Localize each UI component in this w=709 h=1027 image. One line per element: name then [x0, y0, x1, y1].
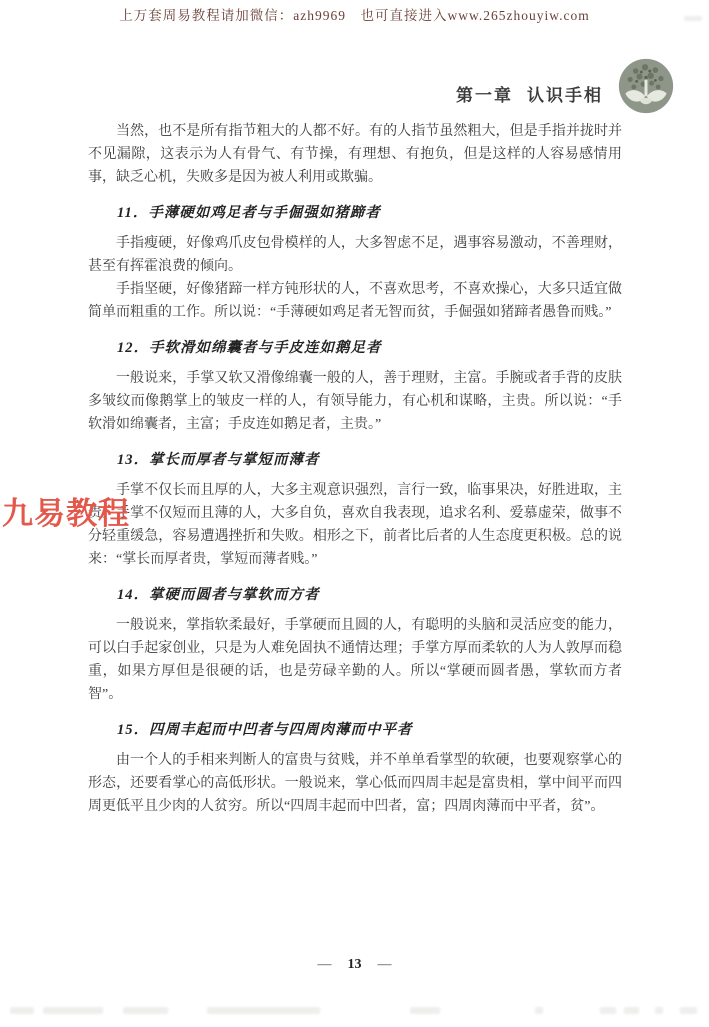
- watermark-text: 九易教程: [2, 488, 130, 533]
- scan-artifact: [680, 1007, 697, 1014]
- scan-artifact: [684, 16, 702, 21]
- page-number: —13—: [0, 957, 709, 973]
- header-ad-text: 上万套周易教程请加微信：azh9969 也可直接进入www.265zhouyiw…: [0, 4, 709, 24]
- scan-artifact: [123, 1007, 168, 1014]
- chapter-header: 第一章认识手相: [456, 57, 675, 115]
- section-heading-15: 15．四周丰起而中凹者与四周肉薄而中平者: [88, 719, 622, 742]
- chapter-title-text: 认识手相: [527, 86, 603, 105]
- page-content: 当然，也不是所有指节粗大的人都不好。有的人指节虽然粗大，但是手指并拢时并不见漏隙…: [88, 120, 622, 818]
- section-14-paragraph-1: 一般说来，掌指软柔最好，手掌硬而且圆的人，有聪明的头脑和灵活应变的能力，可以白手…: [88, 614, 622, 706]
- page-number-value: 13: [348, 957, 362, 972]
- section-11-paragraph-2: 手指坚硬，好像猪蹄一样方钝形状的人，不喜欢思考，不喜欢操心，大多只适宜做简单而粗…: [88, 278, 622, 324]
- scan-artifact: [207, 1007, 320, 1014]
- section-11-paragraph-1: 手指瘦硬，好像鸡爪皮包骨模样的人，大多智虑不足，遇事容易激动，不善理财，甚至有挥…: [88, 232, 622, 278]
- section-heading-12: 12．手软滑如绵囊者与手皮连如鹅足者: [88, 337, 622, 360]
- section-13-paragraph-1: 手掌不仅长而且厚的人，大多主观意识强烈，言行一致，临事果决，好胜进取，主贵。手掌…: [88, 479, 622, 571]
- section-15-paragraph-1: 由一个人的手相来判断人的富贵与贫贱，并不单单看掌型的软硬，也要观察掌心的形态，还…: [88, 749, 622, 818]
- scan-artifact: [624, 1007, 639, 1014]
- page-number-dash-right: —: [378, 957, 392, 972]
- section-heading-13: 13．掌长而厚者与掌短而薄者: [88, 449, 622, 472]
- scan-artifact: [410, 1007, 440, 1014]
- intro-paragraph: 当然，也不是所有指节粗大的人都不好。有的人指节虽然粗大，但是手指并拢时并不见漏隙…: [88, 120, 622, 189]
- section-12-paragraph-1: 一般说来，手掌又软又滑像绵囊一般的人，善于理财，主富。手腕或者手背的皮肤多皱纹而…: [88, 367, 622, 436]
- section-heading-14: 14．掌硬而圆者与掌软而方者: [88, 584, 622, 607]
- page-number-dash-left: —: [318, 957, 332, 972]
- book-page: 上万套周易教程请加微信：azh9969 也可直接进入www.265zhouyiw…: [0, 0, 709, 1027]
- hands-holding-tree-logo-icon: [617, 57, 675, 115]
- scan-artifact: [10, 1007, 34, 1014]
- scan-artifact: [655, 1007, 663, 1014]
- section-heading-11: 11．手薄硬如鸡足者与手倔强如猪蹄者: [88, 202, 622, 225]
- chapter-number-label: 第一章: [456, 86, 513, 105]
- scan-artifact: [535, 1007, 543, 1014]
- chapter-title: 第一章认识手相: [456, 67, 603, 106]
- scan-artifact: [43, 1007, 103, 1014]
- scan-artifact: [600, 1007, 616, 1014]
